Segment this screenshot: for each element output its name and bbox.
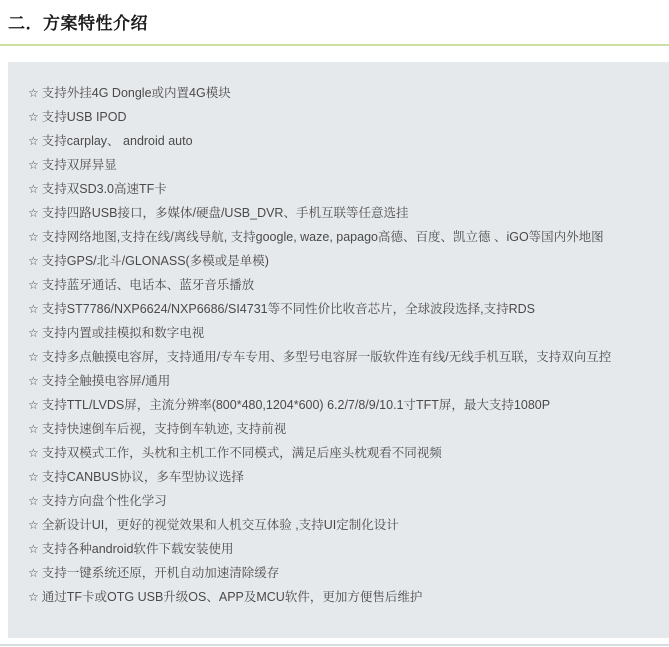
feature-item: ☆支持ST7786/NXP6624/NXP6686/SI4731等不同性价比收音… <box>28 297 661 321</box>
star-icon: ☆ <box>28 273 39 297</box>
feature-text: 支持TTL/LVDS屏，主流分辨率(800*480,1204*600) 6.2/… <box>42 398 550 412</box>
feature-item: ☆支持蓝牙通话、电话本、蓝牙音乐播放 <box>28 273 661 297</box>
star-icon: ☆ <box>28 153 39 177</box>
feature-item: ☆支持快速倒车后视，支持倒车轨迹, 支持前视 <box>28 417 661 441</box>
feature-item: ☆支持carplay、 android auto <box>28 129 661 153</box>
feature-item: ☆支持网络地图,支持在线/离线导航, 支持google, waze, papag… <box>28 225 661 249</box>
star-icon: ☆ <box>28 465 39 489</box>
bottom-divider <box>0 644 669 646</box>
feature-item: ☆支持CANBUS协议，多车型协议选择 <box>28 465 661 489</box>
star-icon: ☆ <box>28 201 39 225</box>
feature-panel: ☆支持外挂4G Dongle或内置4G模块☆支持USB IPOD☆支持carpl… <box>8 62 669 638</box>
star-icon: ☆ <box>28 297 39 321</box>
feature-text: 支持快速倒车后视，支持倒车轨迹, 支持前视 <box>42 422 286 436</box>
star-icon: ☆ <box>28 105 39 129</box>
feature-text: 支持各种android软件下载安装使用 <box>42 542 234 556</box>
feature-text: 全新设计UI，更好的视觉效果和人机交互体验 ,支持UI定制化设计 <box>42 518 399 532</box>
feature-item: ☆支持各种android软件下载安装使用 <box>28 537 661 561</box>
feature-item: ☆支持外挂4G Dongle或内置4G模块 <box>28 81 661 105</box>
star-icon: ☆ <box>28 585 39 609</box>
feature-text: 支持USB IPOD <box>42 110 127 124</box>
feature-text: 支持双模式工作，头枕和主机工作不同模式，满足后座头枕观看不同视频 <box>42 446 442 460</box>
feature-text: 支持蓝牙通话、电话本、蓝牙音乐播放 <box>42 278 255 292</box>
feature-item: ☆支持GPS/北斗/GLONASS(多模或是单模) <box>28 249 661 273</box>
feature-text: 支持GPS/北斗/GLONASS(多模或是单模) <box>42 254 269 268</box>
feature-text: 支持内置或挂模拟和数字电视 <box>42 326 205 340</box>
star-icon: ☆ <box>28 489 39 513</box>
star-icon: ☆ <box>28 417 39 441</box>
star-icon: ☆ <box>28 321 39 345</box>
feature-item: ☆支持一键系统还原，开机自动加速清除缓存 <box>28 561 661 585</box>
star-icon: ☆ <box>28 225 39 249</box>
star-icon: ☆ <box>28 561 39 585</box>
star-icon: ☆ <box>28 129 39 153</box>
page-title: 二．方案特性介绍 <box>8 9 148 34</box>
feature-text: 支持网络地图,支持在线/离线导航, 支持google, waze, papago… <box>42 230 604 244</box>
feature-text: 支持多点触摸电容屏，支持通用/专车专用、多型号电容屏一版软件连有线/无线手机互联… <box>42 350 611 364</box>
star-icon: ☆ <box>28 369 39 393</box>
feature-text: 支持全触摸电容屏/通用 <box>42 374 170 388</box>
star-icon: ☆ <box>28 393 39 417</box>
feature-text: 支持carplay、 android auto <box>42 134 193 148</box>
title-divider <box>0 44 669 46</box>
star-icon: ☆ <box>28 81 39 105</box>
star-icon: ☆ <box>28 345 39 369</box>
feature-item: ☆支持双模式工作，头枕和主机工作不同模式，满足后座头枕观看不同视频 <box>28 441 661 465</box>
feature-text: 支持CANBUS协议，多车型协议选择 <box>42 470 244 484</box>
feature-item: ☆支持多点触摸电容屏，支持通用/专车专用、多型号电容屏一版软件连有线/无线手机互… <box>28 345 661 369</box>
star-icon: ☆ <box>28 537 39 561</box>
star-icon: ☆ <box>28 177 39 201</box>
star-icon: ☆ <box>28 249 39 273</box>
feature-item: ☆通过TF卡或OTG USB升级OS、APP及MCU软件，更加方便售后维护 <box>28 585 661 609</box>
feature-text: 支持四路USB接口，多媒体/硬盘/USB_DVR、手机互联等任意选挂 <box>42 206 409 220</box>
feature-list: ☆支持外挂4G Dongle或内置4G模块☆支持USB IPOD☆支持carpl… <box>28 81 661 609</box>
feature-item: ☆支持TTL/LVDS屏，主流分辨率(800*480,1204*600) 6.2… <box>28 393 661 417</box>
feature-item: ☆支持全触摸电容屏/通用 <box>28 369 661 393</box>
star-icon: ☆ <box>28 513 39 537</box>
feature-text: 支持方向盘个性化学习 <box>42 494 167 508</box>
feature-text: 支持双屏异显 <box>42 158 117 172</box>
feature-item: ☆全新设计UI，更好的视觉效果和人机交互体验 ,支持UI定制化设计 <box>28 513 661 537</box>
star-icon: ☆ <box>28 441 39 465</box>
feature-text: 支持外挂4G Dongle或内置4G模块 <box>42 86 231 100</box>
feature-text: 支持双SD3.0高速TF卡 <box>42 182 167 196</box>
feature-item: ☆支持四路USB接口，多媒体/硬盘/USB_DVR、手机互联等任意选挂 <box>28 201 661 225</box>
feature-text: 通过TF卡或OTG USB升级OS、APP及MCU软件，更加方便售后维护 <box>42 590 423 604</box>
feature-item: ☆支持方向盘个性化学习 <box>28 489 661 513</box>
feature-item: ☆支持双SD3.0高速TF卡 <box>28 177 661 201</box>
feature-item: ☆支持内置或挂模拟和数字电视 <box>28 321 661 345</box>
feature-text: 支持一键系统还原，开机自动加速清除缓存 <box>42 566 280 580</box>
feature-item: ☆支持双屏异显 <box>28 153 661 177</box>
feature-text: 支持ST7786/NXP6624/NXP6686/SI4731等不同性价比收音芯… <box>42 302 535 316</box>
feature-item: ☆支持USB IPOD <box>28 105 661 129</box>
